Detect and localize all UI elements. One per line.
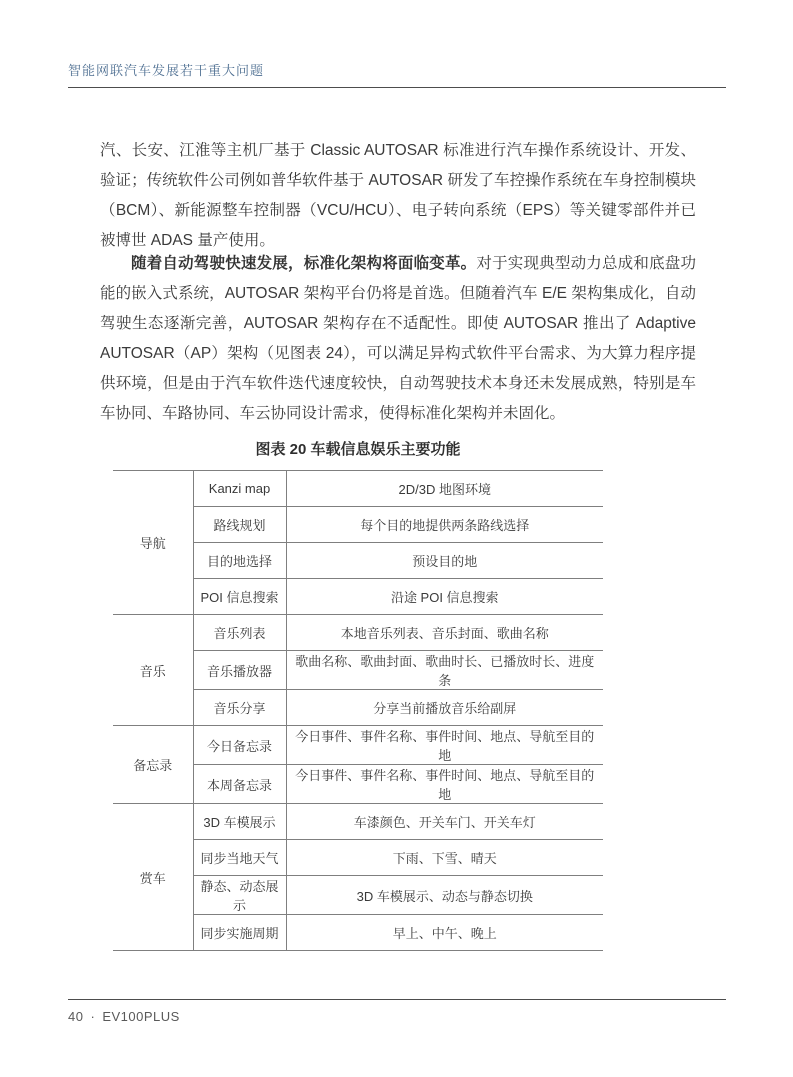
description-cell: 每个目的地提供两条路线选择 bbox=[286, 507, 603, 543]
body-paragraph: 随着自动驾驶快速发展，标准化架构将面临变革。对于实现典型动力总成和底盘功能的嵌入… bbox=[100, 249, 696, 429]
table-row: 备忘录 今日备忘录 今日事件、事件名称、事件时间、地点、导航至目的地 bbox=[113, 726, 603, 765]
page-number: 40 bbox=[68, 1009, 83, 1024]
description-cell: 下雨、下雪、晴天 bbox=[286, 840, 603, 876]
document-page: 智能网联汽车发展若干重大问题 汽、长安、江淮等主机厂基于 Classic AUT… bbox=[0, 0, 793, 1077]
description-cell: 分享当前播放音乐给副屏 bbox=[286, 690, 603, 726]
paragraph-text: 对于实现典型动力总成和底盘功能的嵌入式系统，AUTOSAR 架构平台仍将是首选。… bbox=[100, 255, 696, 422]
category-cell: 导航 bbox=[113, 471, 193, 615]
description-cell: 本地音乐列表、音乐封面、歌曲名称 bbox=[286, 615, 603, 651]
category-cell: 备忘录 bbox=[113, 726, 193, 804]
description-cell: 车漆颜色、开关车门、开关车灯 bbox=[286, 804, 603, 840]
category-cell: 音乐 bbox=[113, 615, 193, 726]
feature-cell: 路线规划 bbox=[193, 507, 286, 543]
feature-cell: 音乐列表 bbox=[193, 615, 286, 651]
infotainment-table: 导航 Kanzi map 2D/3D 地图环境 路线规划 每个目的地提供两条路线… bbox=[113, 470, 603, 951]
description-cell: 歌曲名称、歌曲封面、歌曲时长、已播放时长、进度条 bbox=[286, 651, 603, 690]
description-cell: 早上、中午、晚上 bbox=[286, 915, 603, 951]
body-paragraph: 汽、长安、江淮等主机厂基于 Classic AUTOSAR 标准进行汽车操作系统… bbox=[100, 136, 696, 256]
feature-cell: 同步实施周期 bbox=[193, 915, 286, 951]
table-row: 音乐 音乐列表 本地音乐列表、音乐封面、歌曲名称 bbox=[113, 615, 603, 651]
report-header-title: 智能网联汽车发展若干重大问题 bbox=[68, 60, 264, 79]
feature-cell: 本周备忘录 bbox=[193, 765, 286, 804]
feature-cell: 3D 车模展示 bbox=[193, 804, 286, 840]
feature-cell: 目的地选择 bbox=[193, 543, 286, 579]
feature-cell: 音乐播放器 bbox=[193, 651, 286, 690]
description-cell: 沿途 POI 信息搜索 bbox=[286, 579, 603, 615]
feature-cell: POI 信息搜索 bbox=[193, 579, 286, 615]
page-footer: 40·EV100PLUS bbox=[68, 1009, 180, 1024]
footer-divider bbox=[68, 999, 726, 1000]
feature-cell: 今日备忘录 bbox=[193, 726, 286, 765]
feature-cell: 静态、动态展示 bbox=[193, 876, 286, 915]
description-cell: 今日事件、事件名称、事件时间、地点、导航至目的地 bbox=[286, 765, 603, 804]
paragraph-text: 汽、长安、江淮等主机厂基于 Classic AUTOSAR 标准进行汽车操作系统… bbox=[100, 142, 696, 249]
description-cell: 2D/3D 地图环境 bbox=[286, 471, 603, 507]
description-cell: 预设目的地 bbox=[286, 543, 603, 579]
feature-cell: Kanzi map bbox=[193, 471, 286, 507]
description-cell: 今日事件、事件名称、事件时间、地点、导航至目的地 bbox=[286, 726, 603, 765]
separator-dot: · bbox=[90, 1009, 95, 1024]
paragraph-bold-lead: 随着自动驾驶快速发展，标准化架构将面临变革。 bbox=[131, 255, 476, 272]
figure-caption: 图表 20 车载信息娱乐主要功能 bbox=[113, 438, 603, 459]
feature-cell: 音乐分享 bbox=[193, 690, 286, 726]
category-cell: 赏车 bbox=[113, 804, 193, 951]
table-row: 赏车 3D 车模展示 车漆颜色、开关车门、开关车灯 bbox=[113, 804, 603, 840]
brand-name: EV100PLUS bbox=[102, 1009, 180, 1024]
feature-cell: 同步当地天气 bbox=[193, 840, 286, 876]
header-divider bbox=[68, 87, 726, 88]
table-row: 导航 Kanzi map 2D/3D 地图环境 bbox=[113, 471, 603, 507]
description-cell: 3D 车模展示、动态与静态切换 bbox=[286, 876, 603, 915]
